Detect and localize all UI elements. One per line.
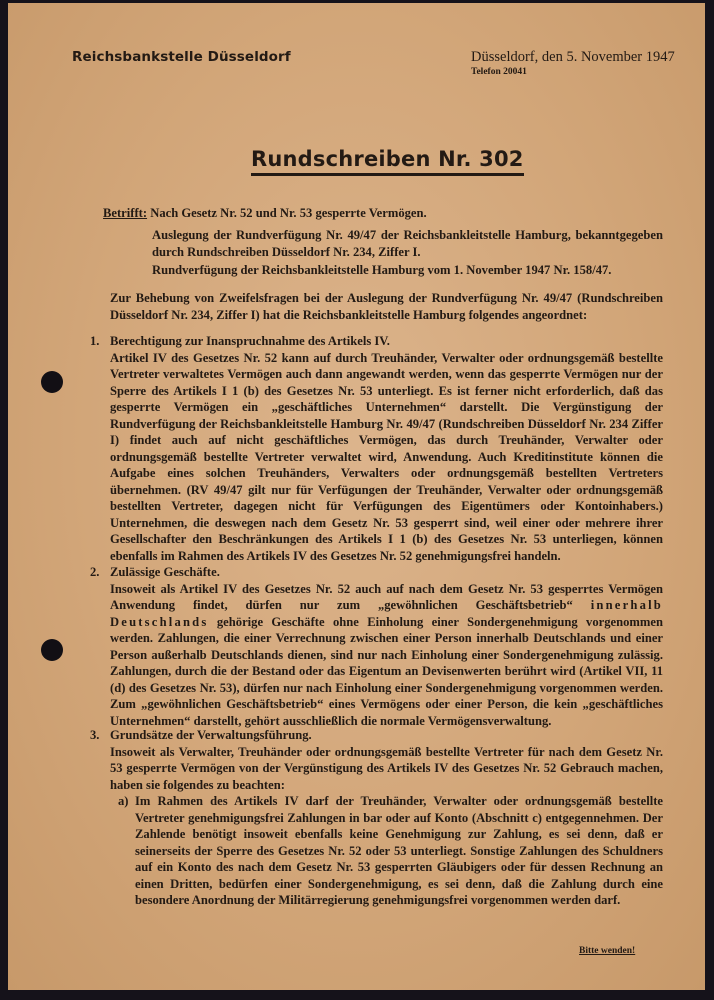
subject-line: Betrifft: Nach Gesetz Nr. 52 und Nr. 53 … — [103, 205, 663, 222]
section-number: 2. — [90, 564, 99, 581]
subject-text: Nach Gesetz Nr. 52 und Nr. 53 gesperrte … — [150, 206, 426, 220]
subject-reference-2: Rundverfügung der Reichsbankleitstelle H… — [152, 262, 663, 279]
subject-label: Betrifft: — [103, 206, 147, 220]
section-body: Insoweit als Verwalter, Treuhänder oder … — [110, 744, 663, 794]
sender-name: Reichsbankstelle Düsseldorf — [72, 49, 291, 65]
section-number: 3. — [90, 727, 99, 744]
document-title: Rundschreiben Nr. 302 — [251, 147, 524, 176]
sub-item-a: a) Im Rahmen des Artikels IV darf der Tr… — [135, 793, 663, 909]
section-body-part: gehörige Geschäfte ohne Einholung einer … — [110, 615, 663, 728]
place-date: Düsseldorf, den 5. November 1947 — [471, 49, 675, 66]
section-2: 2. Zulässige Geschäfte. Insoweit als Art… — [90, 564, 663, 729]
telephone: Telefon 20041 — [471, 67, 527, 77]
punch-hole — [41, 639, 63, 661]
sub-item-label: a) — [118, 793, 129, 810]
section-3: 3. Grundsätze der Verwaltungsführung. In… — [90, 727, 663, 909]
punch-hole — [41, 371, 63, 393]
section-body: Artikel IV des Gesetzes Nr. 52 kann auf … — [110, 350, 663, 565]
sub-item-text: Im Rahmen des Artikels IV darf der Treuh… — [135, 794, 663, 907]
section-title: Grundsätze der Verwaltungsführung. — [110, 727, 663, 744]
section-1: 1. Berechtigung zur Inanspruchnahme des … — [90, 333, 663, 564]
section-body: Insoweit als Artikel IV des Gesetzes Nr.… — [110, 581, 663, 730]
section-title: Berechtigung zur Inanspruchnahme des Art… — [110, 333, 663, 350]
document-page: Reichsbankstelle Düsseldorf Düsseldorf, … — [8, 3, 705, 990]
section-number: 1. — [90, 333, 99, 350]
subject-reference-1: Auslegung der Rundverfügung Nr. 49/47 de… — [152, 227, 663, 260]
section-title: Zulässige Geschäfte. — [110, 564, 663, 581]
intro-paragraph: Zur Behebung von Zweifelsfragen bei der … — [110, 290, 663, 323]
please-turn-over: Bitte wenden! — [579, 946, 635, 956]
section-body-part: Insoweit als Artikel IV des Gesetzes Nr.… — [110, 582, 663, 613]
